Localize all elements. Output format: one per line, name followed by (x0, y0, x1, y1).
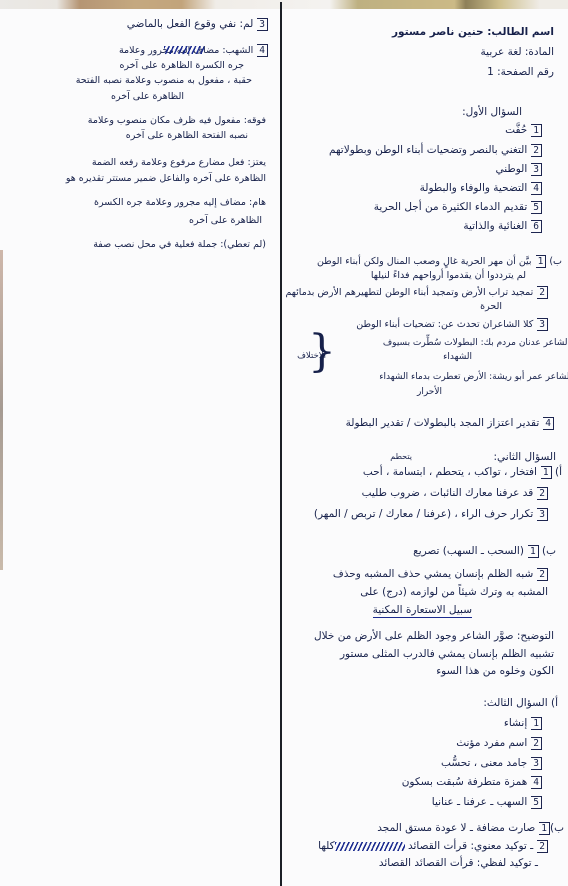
q1-b-item: ب) 1بيَّن أن مهر الحرية غالٍ وصعب المنال… (317, 255, 562, 268)
subject: لغة عربية (481, 46, 522, 58)
q3-title: أ) السؤال الثالث: (483, 697, 558, 710)
page-number: 1 (487, 66, 494, 78)
q3-b-item: ب)1صارت مضافة ـ لا عودة مستق المجد (377, 822, 564, 835)
left-q3-item-cont: جره الكسرة الظاهرة على آخره (119, 59, 244, 72)
q2-b-item: 2شبه الظلم بإنسان يمشي حذف المشبه وحذف (333, 568, 548, 581)
q1-a-item: 5تقديم الدماء الكثيرة من أجل الحرية (374, 201, 542, 214)
q3-b-item: 2ـ توكيد معنوي: قرأت القصائد كلها (318, 840, 548, 853)
q2-title: السؤال الثاني: (494, 451, 557, 464)
page-divider (280, 2, 282, 886)
q1-a-item: 4التضحية والوفاء والبطولة (420, 182, 542, 195)
q2-a-item: أ) 1افتخار ، تواكب ، يتحطم ، ابتسامة ، أ… (363, 466, 562, 479)
q3-b-item-cont: ـ توكيد لفظي: قرأت القصائد القصائد (379, 857, 538, 870)
parsing-line: فوقه: مفعول فيه ظرف مكان منصوب وعلامة (88, 114, 266, 127)
parsing-line-cont: الظاهرة على آخره والفاعل ضمير مستتر تقدي… (66, 172, 266, 185)
photo-background-strip (0, 0, 568, 9)
q1-item-4: 4تقدير اعتزاز المجد بالبطولات / تقدير ال… (346, 417, 554, 430)
parsing-line: (لم تعطي): جملة فعلية في محل نصب صفة (93, 238, 266, 251)
parsing-line-cont: نصبه الفتحة الظاهرة على آخره (126, 129, 248, 142)
parsing-line: يعتز: فعل مضارع مرفوع وعلامة رفعه الضمة (92, 156, 266, 169)
crossed-out-text (335, 842, 405, 851)
q2-a-item: 2قد عرفنا معارك النائبات ، ضروب طليب (362, 487, 548, 500)
difference-line-cont: الأحرار (417, 386, 442, 399)
q3-a-item: 4همزة متطرفة سُبقت بسكون (402, 776, 542, 789)
q2-b-item-cont: المشبه به وترك شيئاً من لوازمه (درج) على (360, 586, 548, 599)
q1-title: السؤال الأول: (462, 106, 522, 119)
q2-superscript: يتحطم (390, 452, 412, 461)
subject-label: المادة: (525, 46, 554, 58)
q1-a-item: 3الوطني (495, 163, 542, 176)
q2-b-item-cont: سبيل الاستعارة المكنية (373, 604, 472, 618)
student-name-label: اسم الطالب: (487, 26, 554, 38)
q2-b-item: ب) 1(السحب ـ السهب) تصريع (413, 545, 556, 558)
left-q3-item-cont: حقبة ، مفعول به منصوب وعلامة نصبه الفتحة (76, 74, 252, 87)
left-q3-item: 3لم: نفي وقوع الفعل بالماضي (127, 18, 268, 31)
q1-a-item: 1حُفَّت (505, 124, 542, 137)
q1-a-item: 6الغنائية والذاتية (463, 220, 542, 233)
subject-row: المادة: لغة عربية (481, 46, 554, 59)
page-number-row: رقم الصفحة: 1 (487, 66, 554, 79)
q3-a-item: 5السهب ـ عرفنا ـ عنانيا (432, 796, 542, 809)
page-number-label: رقم الصفحة: (497, 66, 554, 78)
q2-a-item: 3تكرار حرف الراء ، (عرفنا / معارك / تربص… (314, 508, 548, 521)
explanation-line: تشبيه الظلم بإنسان يمشي فالدرب المثلى مس… (340, 648, 554, 661)
student-name: حنين ناصر مستور (392, 26, 484, 38)
student-name-row: اسم الطالب: حنين ناصر مستور (392, 26, 554, 39)
explanation-line: التوضيح: صوَّر الشاعر وجود الظلم على الأ… (314, 630, 554, 643)
q3-a-item: 3جامد معنى ، تحسُّب (441, 757, 542, 770)
left-q3-item-cont: الظاهرة على آخره (111, 90, 184, 103)
difference-line: الشاعر عمر أبو ريشة: الأرض تعطرت بدماء ا… (379, 371, 568, 384)
q1-b-item-cont: لم يترددوا أن يقدموا أرواحهم فداءً لنيله… (371, 269, 526, 282)
explanation-line: الكون وخلوه من هذا السوء (436, 665, 554, 678)
q1-b-item: 2تمجيد تراب الأرض وتمجيد أبناء الوطن لتط… (285, 286, 548, 299)
difference-line-cont: الشهداء (443, 351, 472, 364)
brace: { (308, 330, 336, 374)
parsing-line-cont: الظاهرة على آخره (189, 214, 262, 227)
q1-a-item: 2التغني بالنصر وتضحيات أبناء الوطن وبطول… (329, 144, 542, 157)
difference-line: الشاعر عدنان مردم بك: البطولات سُطِّرت ب… (383, 337, 568, 350)
q3-a-item: 2اسم مفرد مؤنث (456, 737, 542, 750)
crossed-out-text (164, 44, 204, 57)
q3-a-item: 1إنشاء (504, 717, 542, 730)
photo-background-edge (0, 250, 3, 570)
q1-b-item-cont: الحرة (480, 300, 502, 313)
q1-b-item: 3كلا الشاعران تحدث عن: تضحيات أبناء الوط… (356, 318, 548, 331)
parsing-line: هام: مضاف إليه مجرور وعلامة جره الكسرة (94, 196, 266, 209)
